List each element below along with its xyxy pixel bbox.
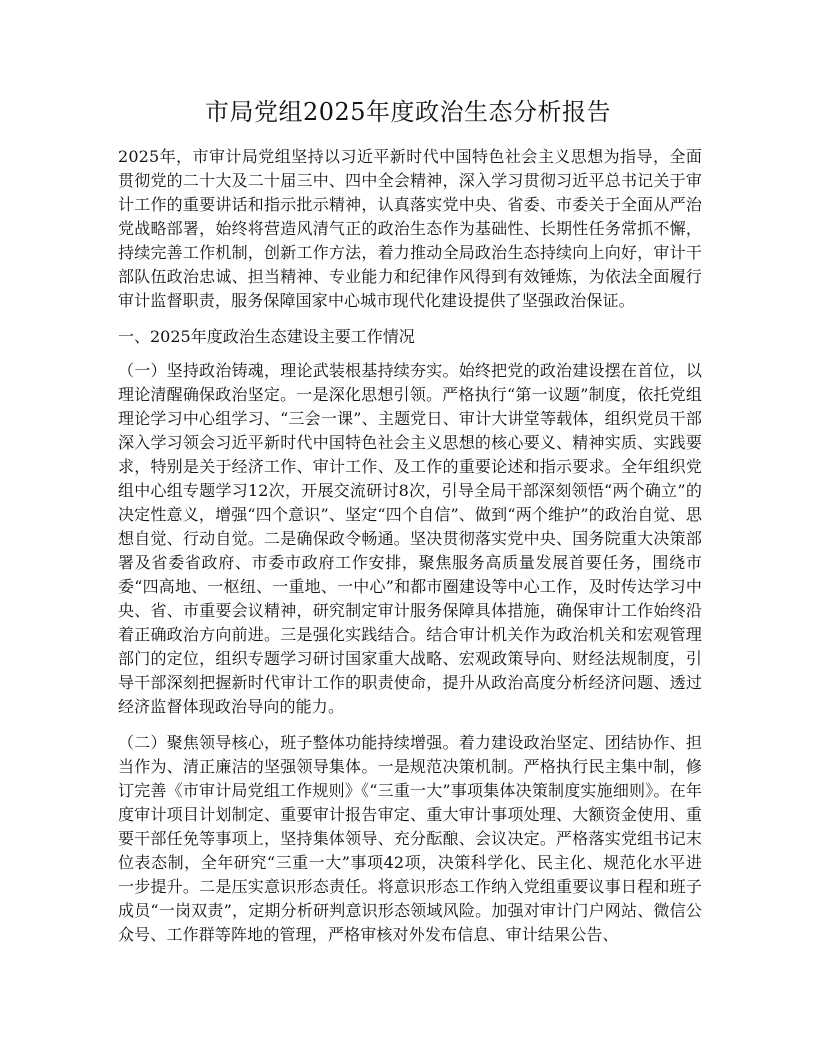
section-1-item-1-paragraph: （一）坚持政治铸魂，理论武装根基持续夯实。始终把党的政治建设摆在首位，以理论清醒… bbox=[118, 359, 702, 719]
document-title: 市局党组2025年度政治生态分析报告 bbox=[0, 95, 816, 129]
document-page: 市局党组2025年度政治生态分析报告 2025年，市审计局党组坚持以习近平新时代… bbox=[0, 0, 816, 1056]
section-heading-1: 一、2025年度政治生态建设主要工作情况 bbox=[118, 325, 702, 349]
document-body: 2025年，市审计局党组坚持以习近平新时代中国特色社会主义思想为指导，全面贯彻党… bbox=[118, 145, 702, 959]
section-1-item-2-paragraph: （二）聚焦领导核心，班子整体功能持续增强。着力建设政治坚定、团结协作、担当作为、… bbox=[118, 731, 702, 947]
intro-paragraph: 2025年，市审计局党组坚持以习近平新时代中国特色社会主义思想为指导，全面贯彻党… bbox=[118, 145, 702, 313]
